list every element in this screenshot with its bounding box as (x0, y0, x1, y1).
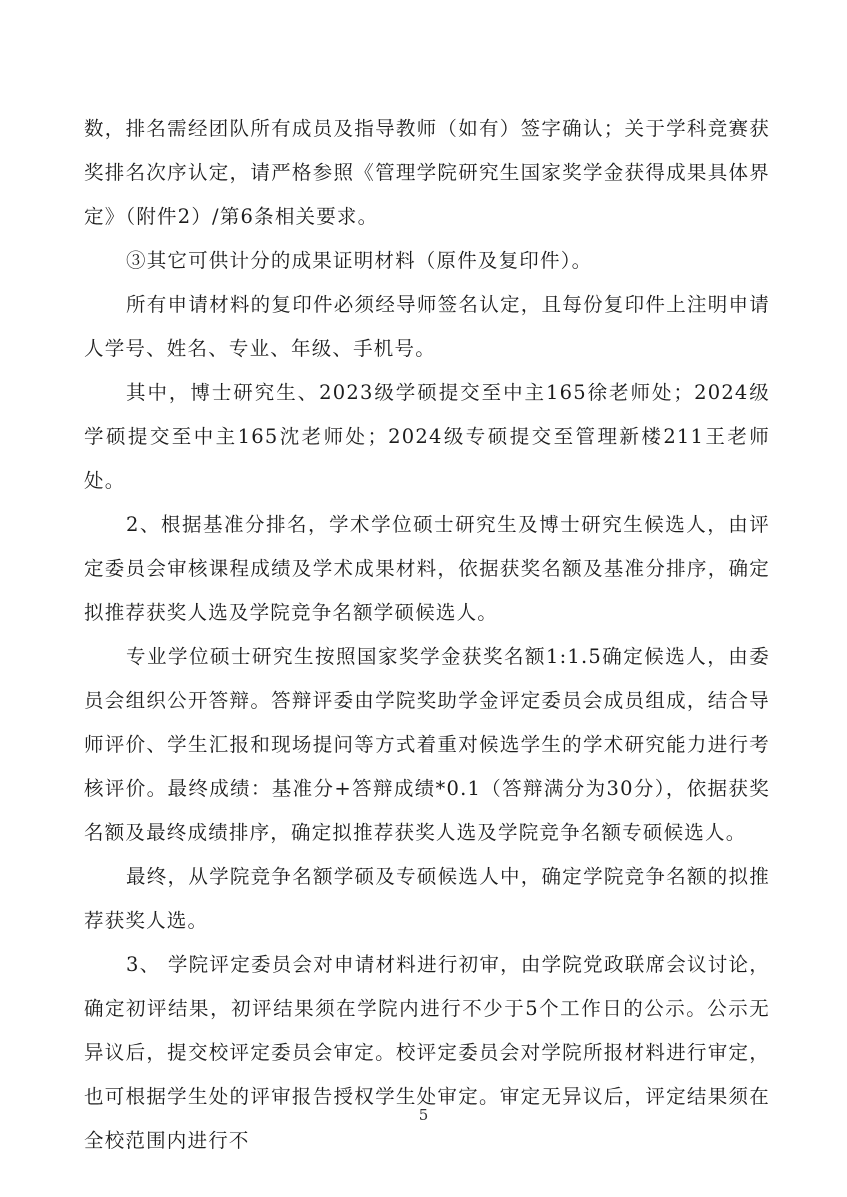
document-page: 数，排名需经团队所有成员及指导教师（如有）签字确认；关于学科竞赛获奖排名次序认定… (0, 0, 847, 1197)
paragraph-review-process: 3、 学院评定委员会对申请材料进行初审，由学院党政联席会议讨论，确定初评结果，初… (84, 943, 770, 1163)
paragraph-copy-requirements: 所有申请材料的复印件必须经导师签名认定，且每份复印件上注明申请人学号、姓名、专业… (84, 283, 770, 371)
paragraph-academic-ranking: 2、根据基准分排名，学术学位硕士研究生及博士研究生候选人，由评定委员会审核课程成… (84, 503, 770, 635)
paragraph-continuation-signature-rules: 数，排名需经团队所有成员及指导教师（如有）签字确认；关于学科竞赛获奖排名次序认定… (84, 107, 770, 239)
paragraph-submission-locations: 其中，博士研究生、2023级学硕提交至中主165徐老师处；2024级学硕提交至中… (84, 371, 770, 503)
paragraph-professional-defense: 专业学位硕士研究生按照国家奖学金获奖名额1:1.5确定候选人，由委员会组织公开答… (84, 635, 770, 855)
document-body: 数，排名需经团队所有成员及指导教师（如有）签字确认；关于学科竞赛获奖排名次序认定… (84, 107, 770, 1163)
page-number: 5 (0, 1106, 847, 1124)
paragraph-final-selection: 最终，从学院竞争名额学硕及专硕候选人中，确定学院竞争名额的拟推荐获奖人选。 (84, 855, 770, 943)
paragraph-other-materials: ③其它可供计分的成果证明材料（原件及复印件）。 (84, 239, 770, 283)
